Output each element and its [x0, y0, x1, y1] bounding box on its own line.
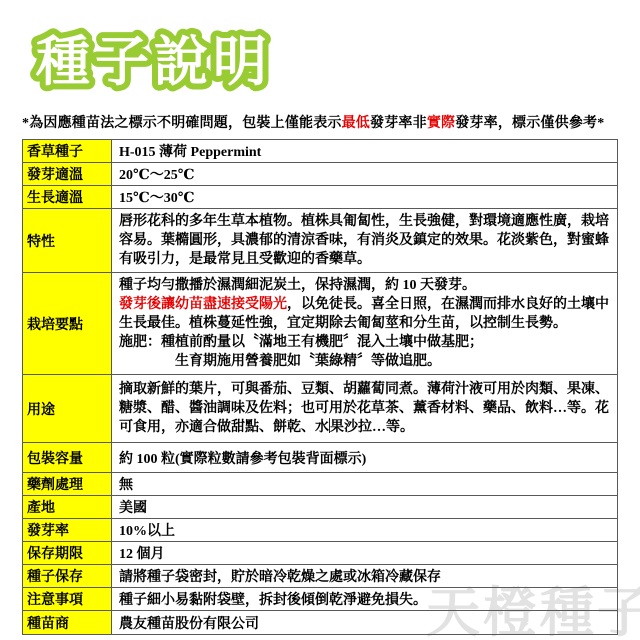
row-label: 發芽率 — [23, 519, 112, 542]
table-row: 注意事項 種子細小易黏附袋壁，拆封後傾倒乾淨避免損失。 — [23, 588, 618, 611]
table-row: 香草種子 H-015 薄荷 Peppermint — [23, 140, 618, 163]
row-value: 種子細小易黏附袋壁，拆封後傾倒乾淨避免損失。 — [112, 588, 618, 611]
page-title-art: 種子說明 — [20, 14, 300, 106]
row-value: 15℃～30℃ — [112, 186, 618, 209]
row-value: 請將種子袋密封，貯於暗冷乾燥之處或冰箱冷藏保存 — [112, 565, 618, 588]
usage-text: 果沙拉…等。 — [330, 420, 414, 435]
seed-spec-table: 香草種子 H-015 薄荷 Peppermint 發芽適溫 20℃～25℃ 生長… — [22, 139, 618, 635]
row-label: 用途 — [23, 375, 112, 443]
table-row: 種子保存 請將種子袋密封，貯於暗冷乾燥之處或冰箱冷藏保存 — [23, 565, 618, 588]
row-label: 特性 — [23, 209, 112, 273]
row-label: 香草種子 — [23, 140, 112, 163]
table-row: 包裝容量 約 100 粒(實際粒數請參考包裝背面標示) — [23, 443, 618, 473]
row-value: 10%以上 — [112, 519, 618, 542]
row-label: 包裝容量 — [23, 443, 112, 473]
row-value: 摘取新鮮的葉片，可與番茄、豆類、胡蘿蔔同煮。薄荷汁液可用於肉類、果凍、糖漿、醋、… — [112, 375, 618, 443]
table-row: 特性 唇形花科的多年生草本植物。植株具匍匐性，生長強健，對環境適應性廣，栽培容易… — [23, 209, 618, 273]
row-label: 栽培要點 — [23, 273, 112, 375]
disclaimer-note: *為因應種苗法之標示不明確問題，包裝上僅能表示最低發芽率非實際發芽率，標示僅供參… — [22, 112, 628, 132]
cultivation-warning: 發芽後讓幼苗盡速接受陽光 — [119, 297, 287, 312]
table-row: 種苗商 農友種苗股份有限公司 — [23, 611, 618, 635]
row-label: 種苗商 — [23, 611, 112, 635]
note-part: 發芽率，標示僅供參考* — [455, 116, 604, 131]
seed-description-page: 種子說明 *為因應種苗法之標示不明確問題，包裝上僅能表示最低發芽率非實際發芽率，… — [0, 0, 640, 640]
cultivation-line: 發芽後讓幼苗盡速接受陽光，以免徒長。喜全日照，在濕潤而排水良好的土壤中生長最佳。… — [119, 295, 610, 333]
row-label: 藥劑處理 — [23, 473, 112, 496]
table-row: 產地 美國 — [23, 496, 618, 519]
cultivation-line: 施肥：種植前酌量以〝滿地王有機肥〞混入土壤中做基肥； — [119, 333, 610, 352]
row-label: 發芽適溫 — [23, 163, 112, 186]
table-row: 生長適溫 15℃～30℃ — [23, 186, 618, 209]
note-highlight-minimum: 最低 — [342, 116, 370, 131]
row-value: 種子均勻撒播於濕潤細泥炭土，保持濕潤，約 10 天發芽。 發芽後讓幼苗盡速接受陽… — [112, 273, 618, 375]
row-value: 美國 — [112, 496, 618, 519]
row-value: 農友種苗股份有限公司 — [112, 611, 618, 635]
note-part: 發芽率非 — [370, 116, 427, 131]
table-row: 發芽率 10%以上 — [23, 519, 618, 542]
table-row: 發芽適溫 20℃～25℃ — [23, 163, 618, 186]
row-label: 種子保存 — [23, 565, 112, 588]
row-value: 無 — [112, 473, 618, 496]
note-part: *為因應種苗法之標示不明確問題，包裝上僅能表示 — [22, 116, 342, 131]
row-label: 注意事項 — [23, 588, 112, 611]
note-highlight-actual: 實際 — [427, 116, 455, 131]
row-label: 生長適溫 — [23, 186, 112, 209]
cultivation-line: 種子均勻撒播於濕潤細泥炭土，保持濕潤，約 10 天發芽。 — [119, 276, 610, 295]
table-row: 用途 摘取新鮮的葉片，可與番茄、豆類、胡蘿蔔同煮。薄荷汁液可用於肉類、果凍、糖漿… — [23, 375, 618, 443]
table-row: 藥劑處理 無 — [23, 473, 618, 496]
row-label: 保存期限 — [23, 542, 112, 565]
row-value: 20℃～25℃ — [112, 163, 618, 186]
page-title: 種子說明 — [35, 32, 272, 92]
row-value: 唇形花科的多年生草本植物。植株具匍匐性，生長強健，對環境適應性廣，栽培容易。葉橢… — [112, 209, 618, 273]
row-value: 約 100 粒(實際粒數請參考包裝背面標示) — [112, 443, 618, 473]
row-value: 12 個月 — [112, 542, 618, 565]
cultivation-line: 生育期施用營養肥如〝葉綠精〞等做追肥。 — [119, 352, 610, 371]
row-label: 產地 — [23, 496, 112, 519]
row-value: H-015 薄荷 Peppermint — [112, 140, 618, 163]
table-row: 保存期限 12 個月 — [23, 542, 618, 565]
table-row: 栽培要點 種子均勻撒播於濕潤細泥炭土，保持濕潤，約 10 天發芽。 發芽後讓幼苗… — [23, 273, 618, 375]
